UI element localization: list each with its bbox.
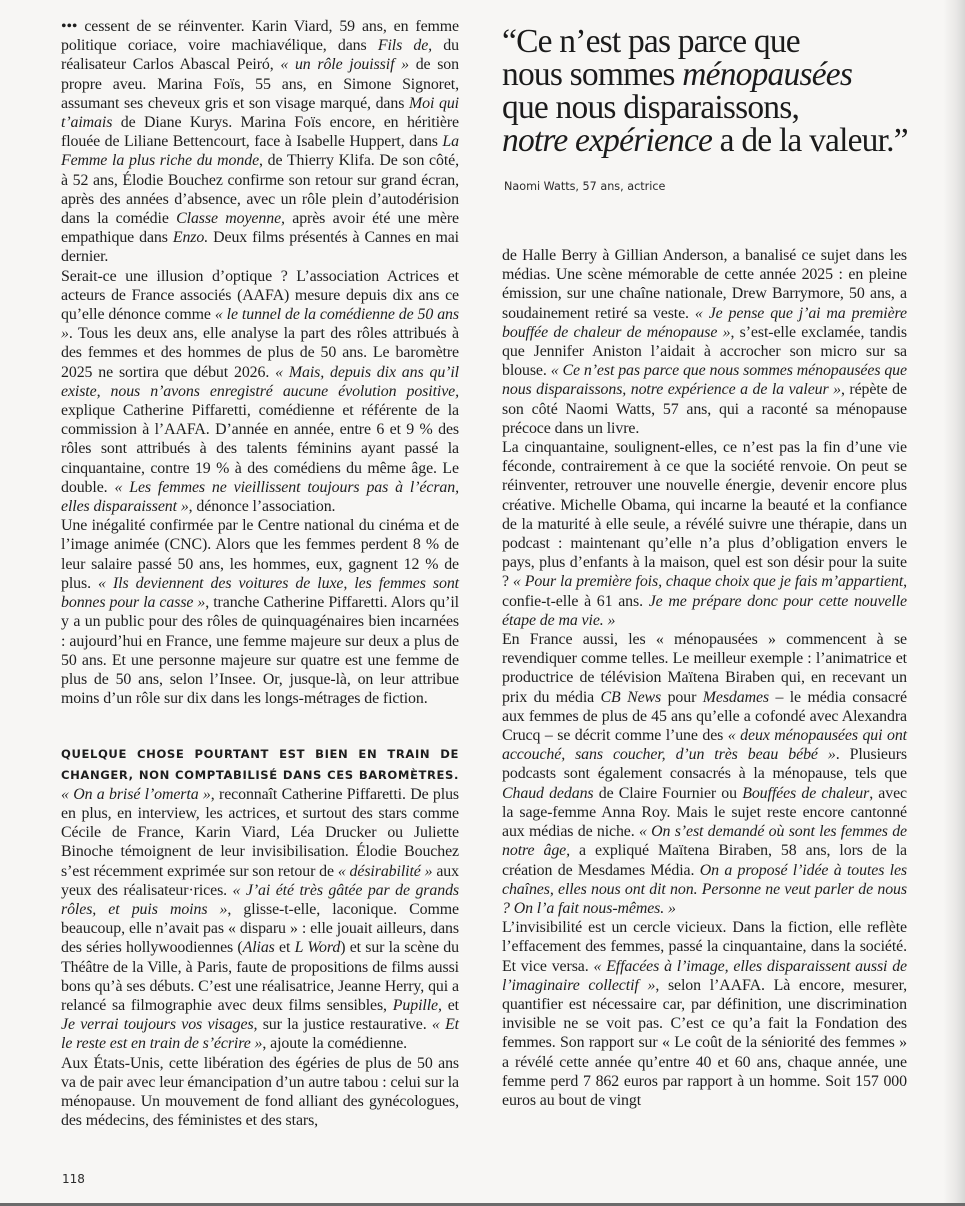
italic-run: Enzo. [173, 229, 208, 246]
paragraph: En France aussi, les « ménopausées » com… [502, 630, 907, 918]
article-column-left: ••• cessent de se réinventer. Karin Viar… [61, 17, 459, 1130]
page-gutter-shadow [943, 0, 965, 1206]
paragraph: Serait-ce une illusion d’optique ? L’ass… [61, 267, 459, 517]
paragraph: Aux États-Unis, cette libération des égé… [61, 1054, 459, 1131]
paragraph: de Halle Berry à Gillian Anderson, a ban… [502, 246, 907, 438]
pull-quote-line: que nous disparaissons, [502, 91, 922, 124]
pull-quote-line: notre expérience a de la valeur.” [502, 124, 922, 157]
page-number: 118 [62, 1172, 85, 1186]
pull-quote-line: nous sommes ménopausées [502, 58, 922, 91]
section-paragraph: Quelque chose pourtant est bien en train… [61, 744, 459, 1053]
italic-run: « désirabilité » [338, 863, 433, 880]
pull-quote-text: “Ce n’est pas parce que [502, 23, 800, 60]
pull-quote-text: que nous disparaissons, [502, 89, 799, 126]
text-run: et [442, 997, 459, 1014]
italic-run: Pupille, [393, 997, 442, 1014]
text-run: et [275, 939, 295, 956]
text-run: , dénonce l’association. [189, 498, 336, 515]
italic-run: Mesdames [703, 689, 769, 706]
paragraph: Une inégalité confirmée par le Centre na… [61, 516, 459, 708]
text-run: de Claire Fournier ou [594, 785, 743, 802]
pull-quote-text: a de la valeur.” [712, 122, 908, 159]
text-run: pour [661, 689, 703, 706]
text-run: sur la justice restaurative. [257, 1016, 432, 1033]
pull-quote: “Ce n’est pas parce quenous sommes ménop… [502, 25, 922, 157]
pull-quote-emphasis: ménopausées [682, 56, 852, 93]
italic-run: CB News [601, 689, 662, 706]
text-run: , selon l’AAFA. Là encore, mesurer, quan… [502, 977, 907, 1109]
italic-run: L Word [295, 939, 341, 956]
pull-quote-text: nous sommes [502, 56, 682, 93]
italic-run: Bouffées de chaleur [742, 785, 869, 802]
italic-run: Chaud dedans [502, 785, 594, 802]
paragraph: La cinquantaine, soulignent-elles, ce n’… [502, 438, 907, 630]
pull-quote-credit: Naomi Watts, 57 ans, actrice [504, 180, 665, 193]
paragraph: ••• cessent de se réinventer. Karin Viar… [61, 17, 459, 267]
text-run: , ajoute la comédienne. [262, 1035, 407, 1052]
italic-run: Fils de, [378, 37, 432, 54]
italic-run: Classe moyenne, [176, 210, 285, 227]
italic-run: « Pour la première fois, chaque choix qu… [513, 573, 903, 590]
pull-quote-line: “Ce n’est pas parce que [502, 25, 922, 58]
pull-quote-emphasis: notre expérience [502, 122, 712, 159]
text-run: Aux États-Unis, cette libération des égé… [61, 1055, 459, 1130]
article-column-right: de Halle Berry à Gillian Anderson, a ban… [502, 246, 907, 1110]
text-run: de Diane Kurys. Marina Foïs encore, en h… [61, 114, 459, 150]
italic-run: Je verrai toujours vos visages, [61, 1016, 257, 1033]
italic-run: Alias [243, 939, 275, 956]
text-run: La cinquantaine, soulignent-elles, ce n’… [502, 439, 907, 590]
section-lead-in: Quelque chose pourtant est bien en train… [61, 747, 459, 781]
italic-run: « un rôle jouissif » [280, 56, 409, 73]
paragraph: L’invisibilité est un cercle vicieux. Da… [502, 918, 907, 1110]
italic-run: « On a brisé l’omerta » [61, 786, 211, 803]
